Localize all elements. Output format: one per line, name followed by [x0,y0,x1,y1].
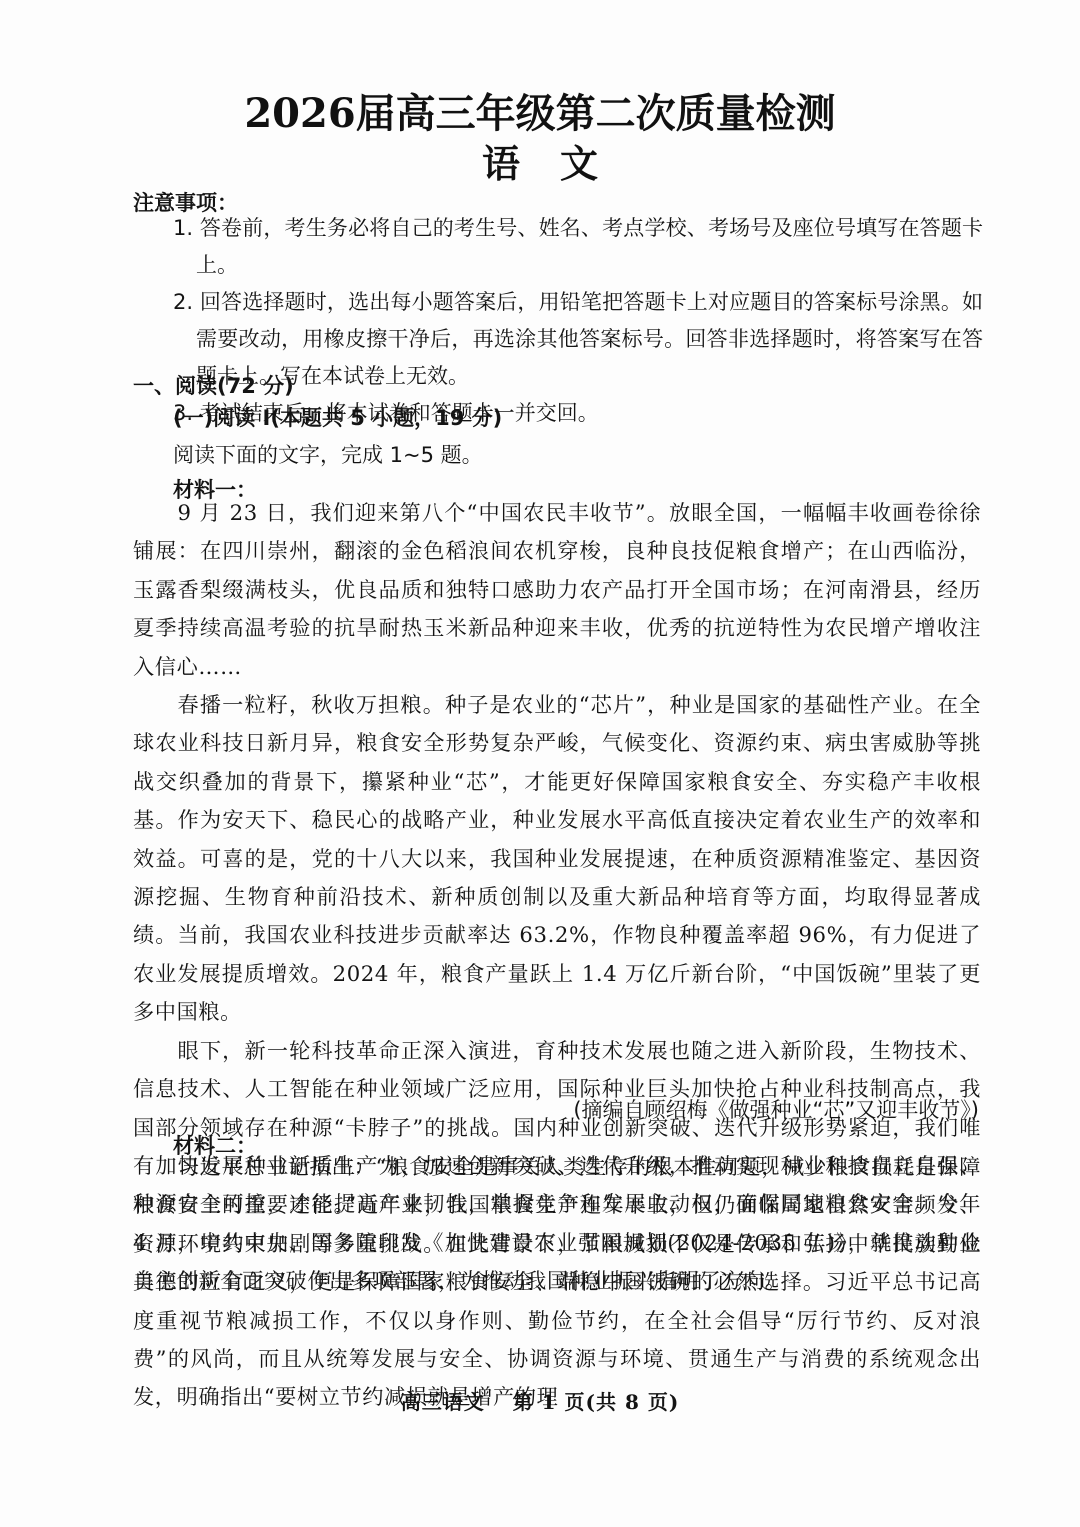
paragraph: 9 月 23 日，我们迎来第八个“中国农民丰收节”。放眼全国，一幅幅丰收画卷徐徐… [133,494,981,686]
footer-page-number: 第 1 页(共 8 页) [513,1390,680,1414]
footer-subject: 高三语文 [401,1390,485,1414]
exam-title: 2026届高三年级第二次质量检测 [0,82,1080,139]
instruction-text: 阅读下面的文字，完成 1~5 题。 [173,437,973,474]
page-footer: 高三语文 第 1 页(共 8 页) [0,1386,1080,1415]
paragraph: 春播一粒籽，秋收万担粮。种子是农业的“芯片”，种业是国家的基础性产业。在全球农业… [133,686,981,1032]
material-2-body: 习近平总书记指出：“粮食安全是事关人类生存的根本性问题，减少粮食损耗是保障粮食安… [133,1148,981,1417]
subject-title: 语文 [0,133,1080,188]
paragraph: 习近平总书记指出：“粮食安全是事关人类生存的根本性问题，减少粮食损耗是保障粮食安… [133,1148,981,1417]
source-citation: (摘编自顾绍梅《做强种业“芯”又迎丰收节》) [133,1091,979,1129]
part-title: (一)阅读 I(本题共 5 小题，19 分) [173,400,973,437]
exam-page: 2026届高三年级第二次质量检测 语文 注意事项： 1. 答卷前，考生务必将自己… [0,0,1080,1527]
notice-item: 1. 答卷前，考生务必将自己的考生号、姓名、考点学校、考场号及座位号填写在答题卡… [173,210,983,284]
